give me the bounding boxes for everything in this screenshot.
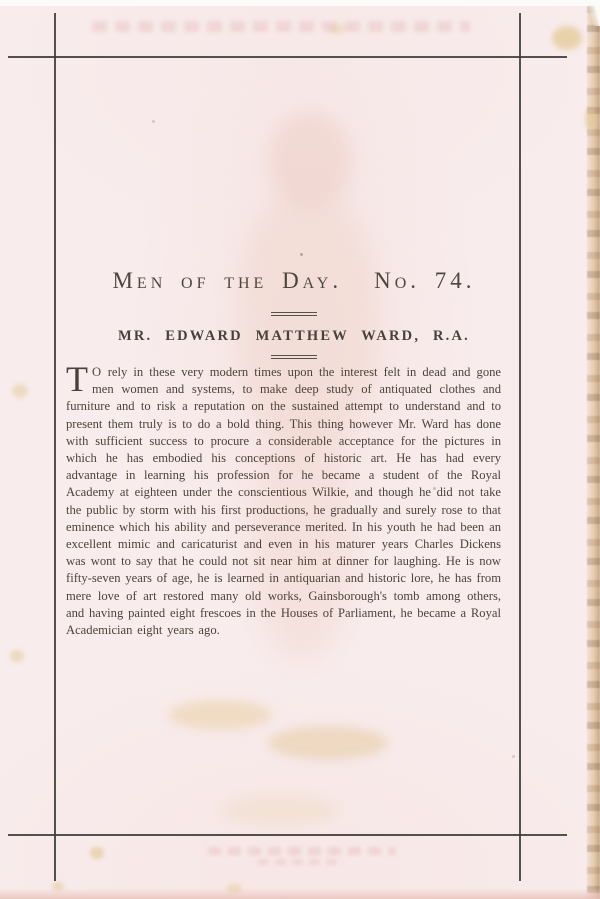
double-rule-ornament: [271, 312, 317, 316]
frame-rule-left: [54, 13, 56, 881]
series-title-text: Men of the Day.: [112, 268, 342, 293]
paper-corner-notch: [586, 0, 600, 26]
article-paragraph: TO rely in these very modern times upon …: [66, 364, 501, 639]
drop-cap: T: [66, 364, 92, 393]
subject-title: MR. EDWARD MATTHEW WARD, R.A.: [0, 328, 588, 345]
foxing-speck: [152, 120, 155, 123]
scan-canvas: { "document": { "series_title": "Men of …: [0, 0, 600, 899]
bottom-page-edge: [0, 888, 600, 899]
foxing-speck: [300, 253, 303, 256]
opening-capital: O: [92, 365, 102, 379]
scanner-background-strip: [0, 0, 600, 6]
deckle-paper-edge: [587, 6, 600, 899]
series-title: Men of the Day.No. 74.: [0, 268, 588, 294]
frame-rule-right: [519, 13, 521, 881]
double-rule-ornament: [271, 355, 317, 359]
frame-rule-bottom: [8, 834, 567, 836]
frame-rule-top: [8, 56, 567, 58]
series-number: No. 74.: [374, 268, 475, 293]
article-body-text: rely in these very modern times upon the…: [66, 365, 501, 637]
foxing-speck: [512, 755, 515, 758]
